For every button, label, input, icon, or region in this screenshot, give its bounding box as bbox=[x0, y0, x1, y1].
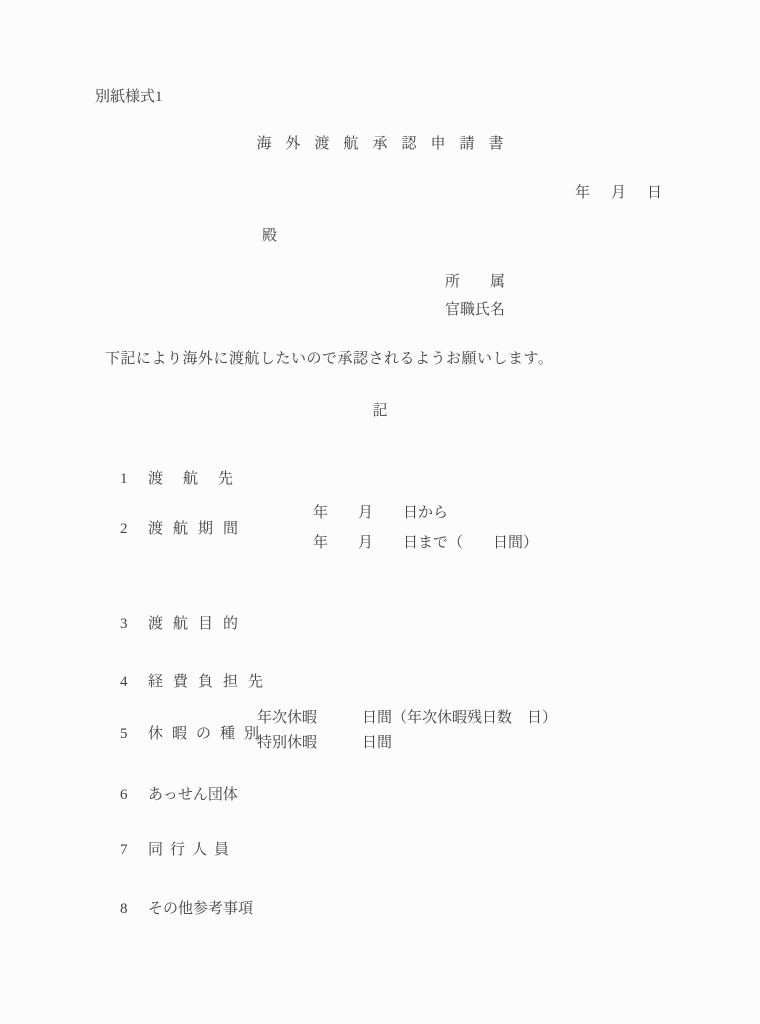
item-7-accompanying-personnel: 7同行人員 bbox=[105, 826, 236, 874]
item-1-destination: 1渡航先 bbox=[105, 455, 253, 503]
document-title: 海外渡航承認申請書 bbox=[0, 136, 760, 152]
item-3-label: 渡航目的 bbox=[148, 616, 248, 632]
item-1-label: 渡航先 bbox=[148, 471, 253, 487]
item-5-number: 5 bbox=[120, 726, 148, 742]
addressee-honorific: 殿 bbox=[262, 228, 277, 244]
affiliation-label: 所 属 bbox=[445, 274, 505, 290]
item-6-number: 6 bbox=[120, 787, 148, 803]
item-4-number: 4 bbox=[120, 674, 148, 690]
item-3-number: 3 bbox=[120, 616, 148, 632]
item-2-number: 2 bbox=[120, 521, 148, 537]
item-8-label: その他参考事項 bbox=[148, 901, 253, 917]
list-marker: 記 bbox=[0, 403, 760, 419]
official-position-name-label: 官職氏名 bbox=[445, 302, 505, 318]
item-5-leave-type: 5休暇の種別 bbox=[105, 710, 268, 758]
item-7-label: 同行人員 bbox=[148, 842, 236, 858]
item-3-purpose: 3渡航目的 bbox=[105, 600, 248, 648]
document-page: 別紙様式1 海外渡航承認申請書 年 月 日 殿 所 属 官職氏名 下記により海外… bbox=[0, 0, 760, 1024]
item-2-label: 渡航期間 bbox=[148, 521, 248, 537]
item-5-label: 休暇の種別 bbox=[148, 726, 268, 742]
special-leave-blank-line: 特別休暇 日間 bbox=[257, 735, 392, 751]
form-number-label: 別紙様式1 bbox=[95, 89, 163, 105]
date-line: 年 月 日 bbox=[575, 185, 665, 201]
item-1-number: 1 bbox=[120, 471, 148, 487]
item-6-label: あっせん団体 bbox=[148, 787, 238, 803]
period-from-blank-line: 年 月 日から bbox=[313, 505, 448, 521]
item-8-number: 8 bbox=[120, 901, 148, 917]
item-2-period: 2渡航期間 bbox=[105, 505, 248, 553]
item-4-label: 経費負担先 bbox=[148, 674, 273, 690]
item-6-arranging-organization: 6あっせん団体 bbox=[105, 771, 238, 819]
annual-leave-blank-line: 年次休暇 日間（年次休暇残日数 日） bbox=[257, 710, 557, 726]
item-8-other-remarks: 8その他参考事項 bbox=[105, 885, 253, 933]
item-7-number: 7 bbox=[120, 842, 148, 858]
item-4-expense-bearer: 4経費負担先 bbox=[105, 658, 273, 706]
request-sentence: 下記により海外に渡航したいので承認されるようお願いします。 bbox=[105, 351, 553, 367]
period-to-blank-line: 年 月 日まで（ 日間） bbox=[313, 535, 538, 551]
